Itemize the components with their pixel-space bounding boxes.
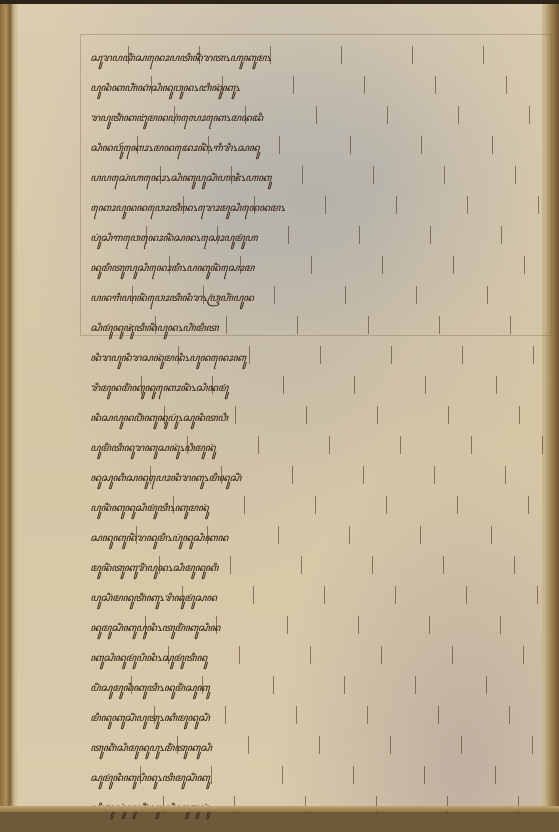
text-block: ꦱꦸꦫꦥꦠꦶꦁꦱꦤꦺꦴꦥꦠꦶꦤꦶꦁꦫꦠ꧈ꦲꦸꦏꦸꦩ꧈ꦥꦸꦤꦶꦏꦲꦶꦁꦏꦁꦱꦶꦤꦸ… [90, 52, 550, 812]
line-text: ꦏꦸꦱꦶꦤꦸꦩꦸꦁꦥꦶꦤꦶ꧈ꦱꦸꦩꦸꦁꦠꦶꦤꦸ [90, 651, 550, 671]
line-text: ꦫꦥꦸꦠꦶꦁꦏꦔꦸꦁꦩꦤꦲꦁꦭꦺꦴꦏꦺ꧈ꦩꦤꦢꦶ [90, 111, 550, 131]
line-text: ꦥꦥꦱꦺꦁꦲꦤꦺꦴ꧈ꦱꦶꦏꦸꦥꦸꦱꦶꦁꦲꦗꦶ꧈ꦲꦏꦸ [90, 171, 550, 191]
line-text: ꦥꦸꦁꦱꦶꦒꦮꦺꦤꦺꦴꦤꦶꦁꦱꦤ꧈ꦱꦺꦴꦥꦸꦩꦸꦁꦲ [90, 231, 550, 251]
line-text: ꦥꦶꦁꦱꦸꦩꦸꦤꦶꦏꦸꦠꦶ꧈ꦤꦸꦩꦶꦁꦱꦸꦏꦸ [90, 681, 550, 701]
line-text: ꦤꦶꦱꦥꦸꦤꦮꦶꦁꦏꦸꦤꦸꦥꦸꦁ꧈ꦱꦸꦤꦶꦠꦮꦶ [90, 411, 550, 431]
line-text: ꦥꦸꦤꦶꦏꦲꦶꦁꦏꦁꦱꦶꦤꦸꦮꦸꦤ꧈ꦧꦶꦤꦸꦁꦏꦸ꧈ [90, 81, 550, 101]
line-text: ꦤꦸꦩꦸꦱꦶꦁꦏꦸꦥꦸꦤꦶ꧈ꦠꦸꦩꦶꦁꦏꦸꦱꦶꦤ [90, 621, 550, 641]
line-text: ꦱꦸꦩꦸꦁꦤꦶꦏꦸꦥꦶꦤꦸ꧈ꦠꦶꦩꦸꦱꦶꦁꦏꦸ [90, 771, 550, 791]
line-text: ꦥꦸꦩꦶꦁꦠꦶꦤꦸꦫꦏꦸꦱꦤꦸꦁ꧈ꦮꦶꦩꦸꦤꦸꦁ [90, 441, 550, 461]
line-text: ꦩꦶꦤꦸꦏꦸꦱꦶꦁꦥꦸꦠꦸ꧈ꦏꦶꦩꦸꦤꦸꦱꦶꦁ [90, 711, 550, 731]
line-text: ꦥꦸꦱꦶꦁꦩꦤꦸꦠꦶꦁꦏꦸ꧈ꦫꦶꦤꦸꦩꦸꦁꦱꦤ [90, 591, 550, 611]
bottom-edge [0, 806, 559, 812]
line-text: ꦤꦸꦩꦶꦠꦸꦭꦸꦱꦶꦤꦺꦴꦩꦶ꧈ꦥꦏꦸꦤꦶꦁꦱꦺꦴꦩ [90, 261, 550, 281]
line-text: ꦩꦸꦤꦶꦁꦠꦸꦏꦸꦫꦶꦁꦥꦸꦤ꧈ꦱꦶꦩꦸꦤꦸꦏꦶ [90, 561, 550, 581]
line-text: ꦥꦸꦤꦶꦁꦏꦸꦤꦸꦱꦶꦩꦸꦁꦠꦶ꧈ꦏꦸꦩꦤꦸꦁ [90, 501, 550, 521]
manuscript-page: ꦱꦸꦫꦥꦠꦶꦁꦱꦤꦺꦴꦥꦠꦶꦤꦶꦁꦫꦠ꧈ꦲꦸꦏꦸꦩ꧈ꦥꦸꦤꦶꦏꦲꦶꦁꦏꦁꦱꦶꦤꦸ… [18, 4, 542, 806]
line-text: ꦱꦤꦸꦏꦸꦤꦶꦁꦫꦤꦸꦩꦶ꧈ꦥꦸꦁꦤꦸꦱꦶꦏꦤ [90, 531, 550, 551]
line-text: ꦠꦸꦏꦶꦁꦱꦶꦩꦸꦤꦸꦥꦸ꧈ꦩꦶꦁꦠꦸꦏꦸꦱꦶ [90, 741, 550, 761]
line-text: ꦤꦶꦫꦥꦸꦤꦶꦫꦱꦤꦸꦁꦩꦤꦶ꧈ꦥꦸꦤꦤꦺꦴꦏꦸ [90, 351, 550, 371]
line-text: ꦥꦤꦒꦶꦪꦤꦶꦁꦮꦺꦴꦠꦶꦤꦶꦫ꧈ꦮꦿꦲꦶꦁꦥꦸꦤ [90, 291, 550, 311]
line-text: ꦱꦶꦩꦸꦁꦤꦸꦗꦸꦁꦠꦶꦤꦶꦁꦥꦸꦤ꧈ꦲꦶꦁꦩꦶꦠ [90, 321, 550, 341]
line-text: ꦱꦸꦫꦥꦠꦶꦁꦱꦤꦺꦴꦥꦠꦶꦤꦶꦁꦫꦠ꧈ꦲꦸꦏꦸꦩ꧈ [90, 51, 550, 71]
line-text: ꦱꦶꦤꦮꦸꦂꦏꦺꦴ꧈ꦩꦤꦢꦺꦴꦤꦶꦁ꧈ꦒꦶꦫꦶ꧈ꦱꦤꦸ [90, 141, 550, 161]
line-text: ꦏꦺꦴꦥꦸꦤꦤꦮꦺꦴꦠꦶꦤ꧈ꦫꦺꦴꦩꦸꦱꦶꦤꦺꦤꦩ꧈ [90, 201, 550, 221]
line-text: ꦤꦸꦱꦸꦏꦶꦱꦤꦸꦥꦺꦴꦤꦶꦫꦏꦸ꧈ꦩꦶꦤꦸꦱꦶꦁ [90, 471, 550, 491]
line-text: ꦫꦶꦩꦸꦤꦩꦶꦁꦏꦸꦤꦸꦏꦺꦴꦤꦶꦁ꧈ꦱꦶꦤꦩꦸꦁ [90, 381, 550, 401]
